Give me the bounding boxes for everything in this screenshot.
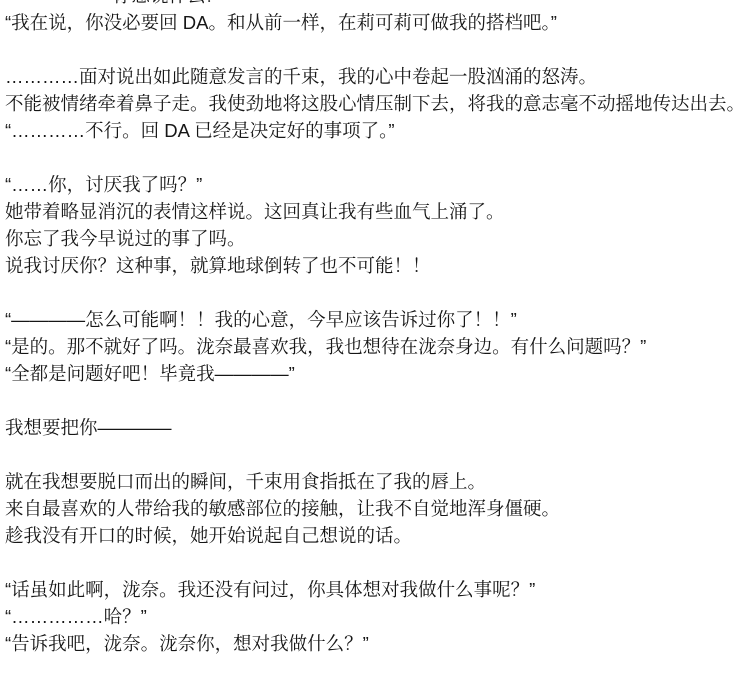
blank-line	[5, 144, 744, 171]
text-line: 说我讨厌你？这种事，就算地球倒转了也不可能！！	[5, 252, 744, 279]
text-line: 她带着略显消沉的表情这样说。这回真让我有些血气上涌了。	[5, 198, 744, 225]
text-line: “是的。那不就好了吗。泷奈最喜欢我，我也想待在泷奈身边。有什么问题吗？”	[5, 333, 744, 360]
text-line: “告诉我吧，泷奈。泷奈你，想对我做什么？”	[5, 630, 744, 657]
blank-line	[5, 441, 744, 468]
text-line: 我想要把你————	[5, 414, 744, 441]
text-line: “话虽如此啊，泷奈。我还没有问过，你具体想对我做什么事呢？”	[5, 576, 744, 603]
text-line: “……………哈？”	[5, 603, 744, 630]
text-line: 来自最喜欢的人带给我的敏感部位的接触，让我不自觉地浑身僵硬。	[5, 495, 744, 522]
blank-line	[5, 387, 744, 414]
text-line: “全都是问题好吧！毕竟我————”	[5, 360, 744, 387]
text-line: “…………不行。回 DA 已经是决定好的事项了。”	[5, 117, 744, 144]
text-line: 不能被情绪牵着鼻子走。我使劲地将这股心情压制下去，将我的意志毫不动摇地传达出去。	[5, 90, 744, 117]
text-line: 你忘了我今早说过的事了吗。	[5, 225, 744, 252]
novel-text-page: 你想说什么？ “我在说，你没必要回 DA。和从前一样，在莉可莉可做我的搭档吧。”…	[5, 0, 744, 657]
text-line-clipped: 你想说什么？	[5, 0, 744, 9]
text-line: …………面对说出如此随意发言的千束，我的心中卷起一股汹涌的怒涛。	[5, 63, 744, 90]
text-line: “————怎么可能啊！！我的心意，今早应该告诉过你了！！”	[5, 306, 744, 333]
text-line: “……你，讨厌我了吗？”	[5, 171, 744, 198]
blank-line	[5, 36, 744, 63]
text-line: 趁我没有开口的时候，她开始说起自己想说的话。	[5, 522, 744, 549]
blank-line	[5, 549, 744, 576]
text-line: 就在我想要脱口而出的瞬间，千束用食指抵在了我的唇上。	[5, 468, 744, 495]
text-line: “我在说，你没必要回 DA。和从前一样，在莉可莉可做我的搭档吧。”	[5, 9, 744, 36]
blank-line	[5, 279, 744, 306]
